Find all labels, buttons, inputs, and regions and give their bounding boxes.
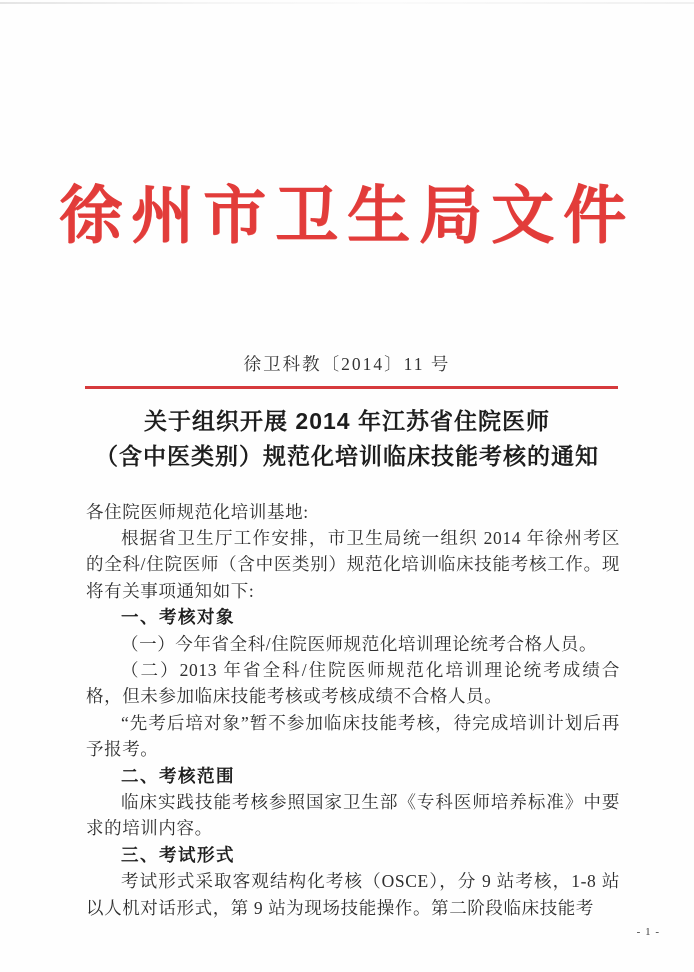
section-heading-2: 二、考核范围 xyxy=(86,763,620,789)
page-number: - 1 - xyxy=(637,926,660,938)
agency-header-title: 徐州市卫生局文件 xyxy=(0,170,694,262)
body-paragraph: 考试形式采取客观结构化考核（OSCE），分 9 站考核，1-8 站以人机对话形式… xyxy=(86,868,620,921)
body-paragraph: （二）2013 年省全科/住院医师规范化培训理论统考成绩合格，但未参加临床技能考… xyxy=(86,657,620,710)
body-paragraph: 临床实践技能考核参照国家卫生部《专科医师培养标准》中要求的培训内容。 xyxy=(86,789,620,842)
body-paragraph: （一）今年省全科/住院医师规范化培训理论统考合格人员。 xyxy=(86,631,620,657)
body-paragraph: 根据省卫生厅工作安排，市卫生局统一组织 2014 年徐州考区的全科/住院医师（含… xyxy=(86,525,620,604)
scan-artifact-top xyxy=(0,2,694,4)
body-paragraph: “先考后培对象”暂不参加临床技能考核，待完成培训计划后再予报考。 xyxy=(86,710,620,763)
section-heading-1: 一、考核对象 xyxy=(86,604,620,630)
document-title-line-2: （含中医类别）规范化培训临床技能考核的通知 xyxy=(0,439,694,474)
document-title-line-1: 关于组织开展 2014 年江苏省住院医师 xyxy=(0,404,694,439)
document-body: 各住院医师规范化培训基地: 根据省卫生厅工作安排，市卫生局统一组织 2014 年… xyxy=(86,499,620,922)
document-title: 关于组织开展 2014 年江苏省住院医师 （含中医类别）规范化培训临床技能考核的… xyxy=(0,404,694,474)
red-divider-line xyxy=(85,386,618,389)
document-number: 徐卫科教〔2014〕11 号 xyxy=(0,352,694,376)
section-heading-3: 三、考试形式 xyxy=(86,842,620,868)
document-page: 徐州市卫生局文件 徐卫科教〔2014〕11 号 关于组织开展 2014 年江苏省… xyxy=(0,0,694,972)
salutation: 各住院医师规范化培训基地: xyxy=(86,499,620,525)
